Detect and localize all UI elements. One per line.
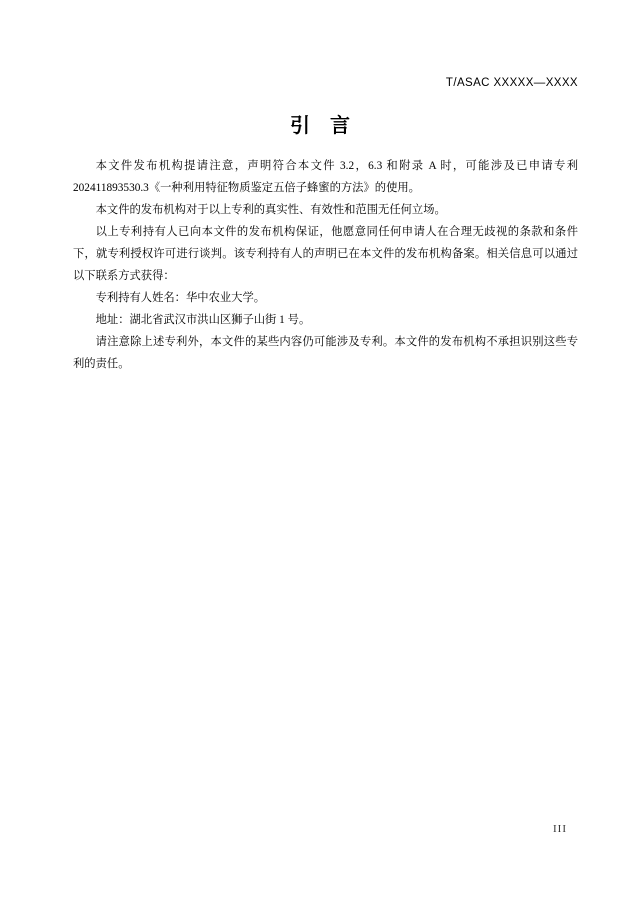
page-number: III bbox=[553, 823, 567, 835]
paragraph-patent-holder-assurance: 以上专利持有人已向本文件的发布机构保证，他愿意同任何申请人在合理无歧视的条款和条… bbox=[73, 221, 578, 287]
document-header: T/ASAC XXXXX—XXXX bbox=[0, 77, 578, 89]
page-title: 引 言 bbox=[0, 109, 640, 138]
paragraph-patent-notice: 本文件发布机构提请注意，声明符合本文件 3.2，6.3 和附录 A 时，可能涉及… bbox=[73, 155, 578, 199]
document-body: 本文件发布机构提请注意，声明符合本文件 3.2，6.3 和附录 A 时，可能涉及… bbox=[73, 155, 578, 375]
paragraph-no-position-statement: 本文件的发布机构对于以上专利的真实性、有效性和范围无任何立场。 bbox=[73, 199, 578, 221]
document-page: T/ASAC XXXXX—XXXX 引 言 本文件发布机构提请注意，声明符合本文… bbox=[0, 0, 640, 905]
paragraph-patent-holder-name: 专利持有人姓名：华中农业大学。 bbox=[73, 287, 578, 309]
standard-number: T/ASAC XXXXX—XXXX bbox=[446, 77, 578, 89]
paragraph-disclaimer: 请注意除上述专利外，本文件的某些内容仍可能涉及专利。本文件的发布机构不承担识别这… bbox=[73, 331, 578, 375]
document-footer: III bbox=[0, 823, 567, 835]
paragraph-patent-holder-address: 地址：湖北省武汉市洪山区狮子山街 1 号。 bbox=[73, 309, 578, 331]
